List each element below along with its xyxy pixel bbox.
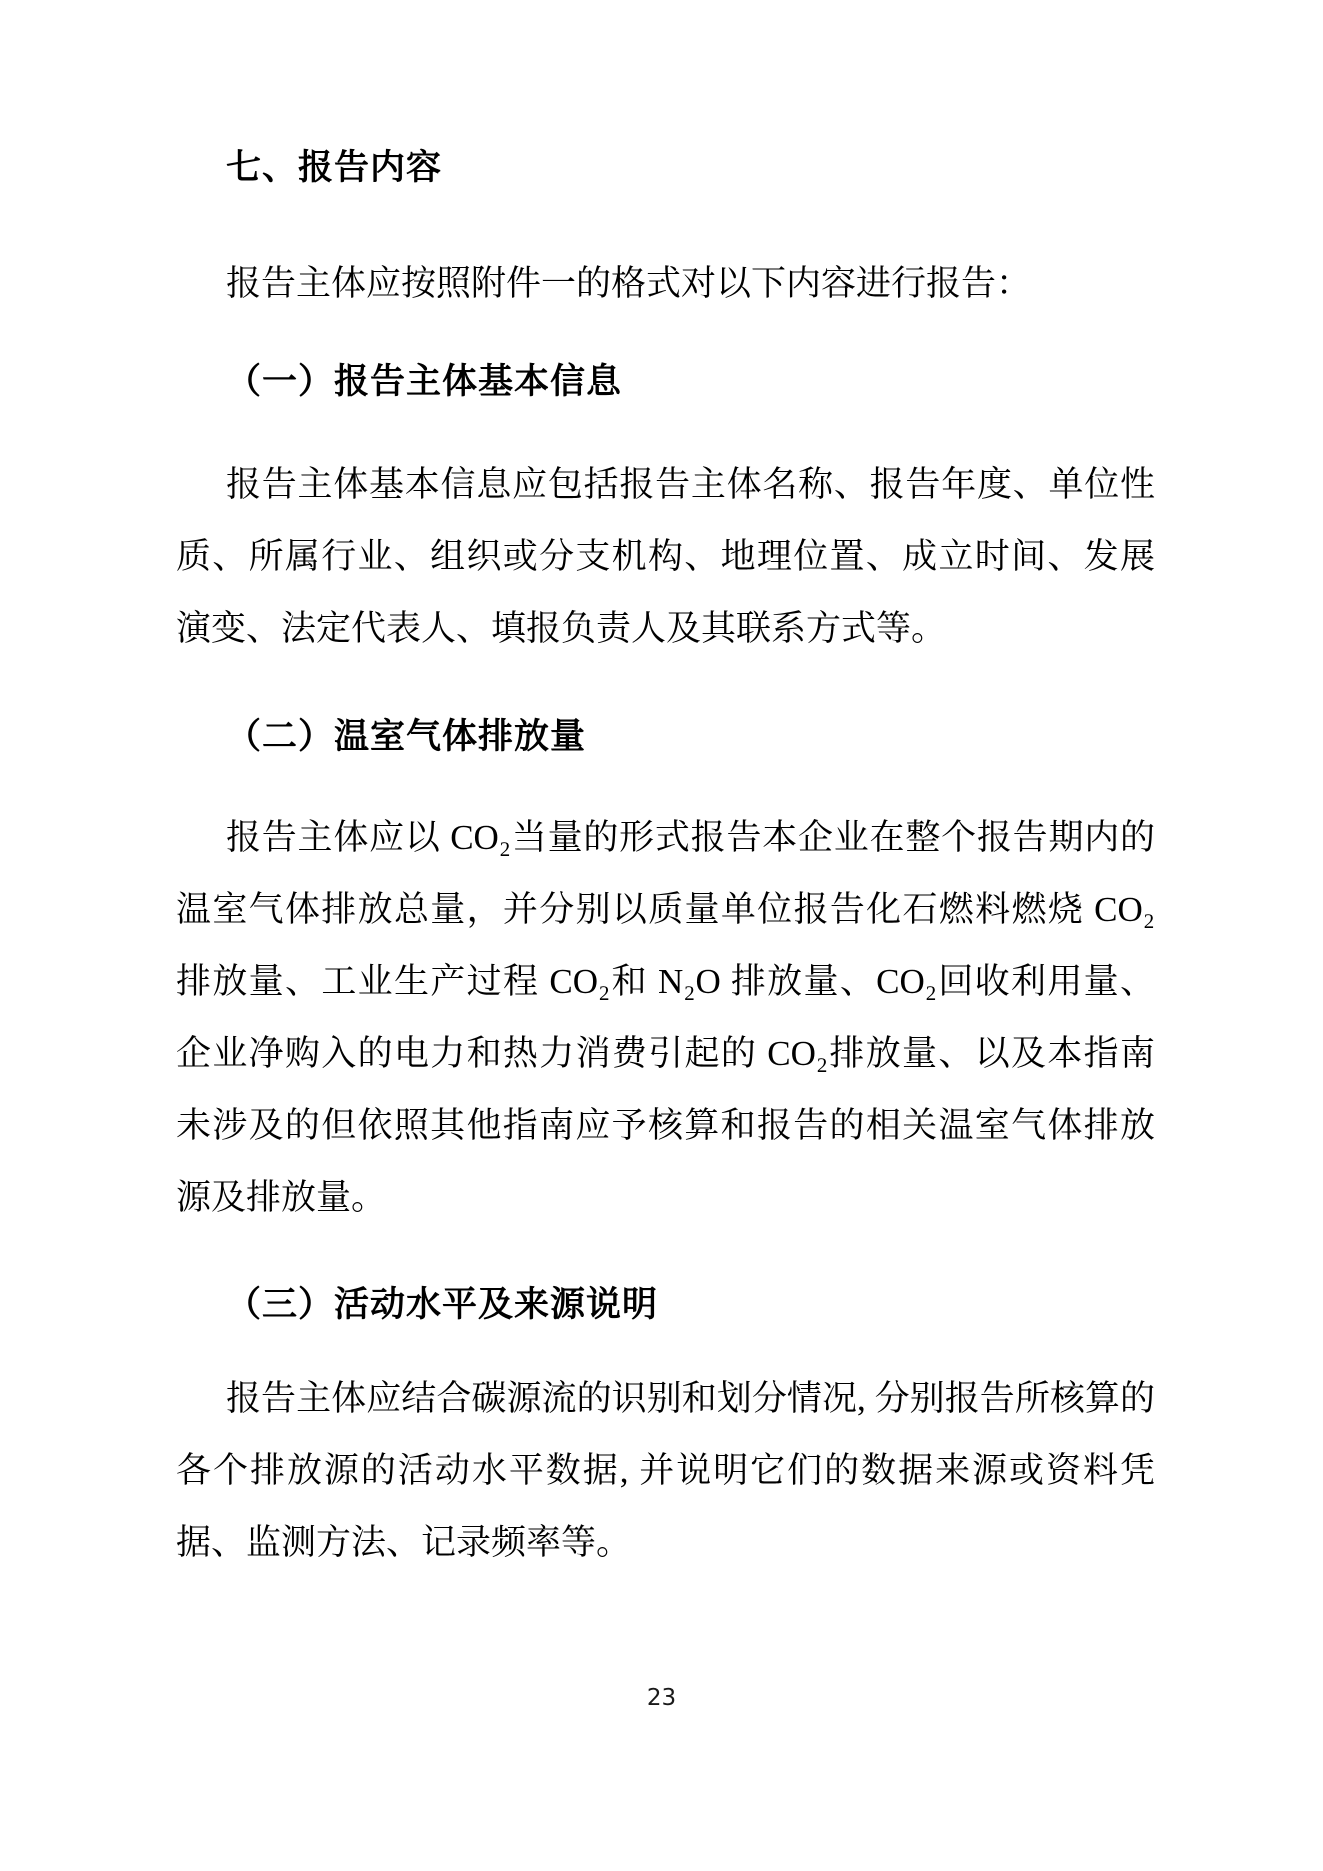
section-body-ghg-emissions: 报告主体应以 CO₂当量的形式报告本企业在整个报告期内的温室气体排放总量，并分别… [176,802,1155,1234]
intro-paragraph: 报告主体应按照附件一的格式对以下内容进行报告： [176,248,1155,320]
section-heading-ghg-emissions: （二）温室气体排放量 [226,715,1155,759]
section-heading-basic-info: （一）报告主体基本信息 [226,360,1155,404]
page-title: 七、报告内容 [226,146,1155,190]
page-number: 23 [0,1684,1323,1712]
section-heading-activity-level: （三）活动水平及来源说明 [226,1283,1155,1327]
section-body-activity-level: 报告主体应结合碳源流的识别和划分情况, 分别报告所核算的各个排放源的活动水平数据… [176,1363,1155,1579]
section-body-basic-info: 报告主体基本信息应包括报告主体名称、报告年度、单位性质、所属行业、组织或分支机构… [176,449,1155,665]
document-page: 七、报告内容 报告主体应按照附件一的格式对以下内容进行报告： （一）报告主体基本… [0,0,1323,1871]
